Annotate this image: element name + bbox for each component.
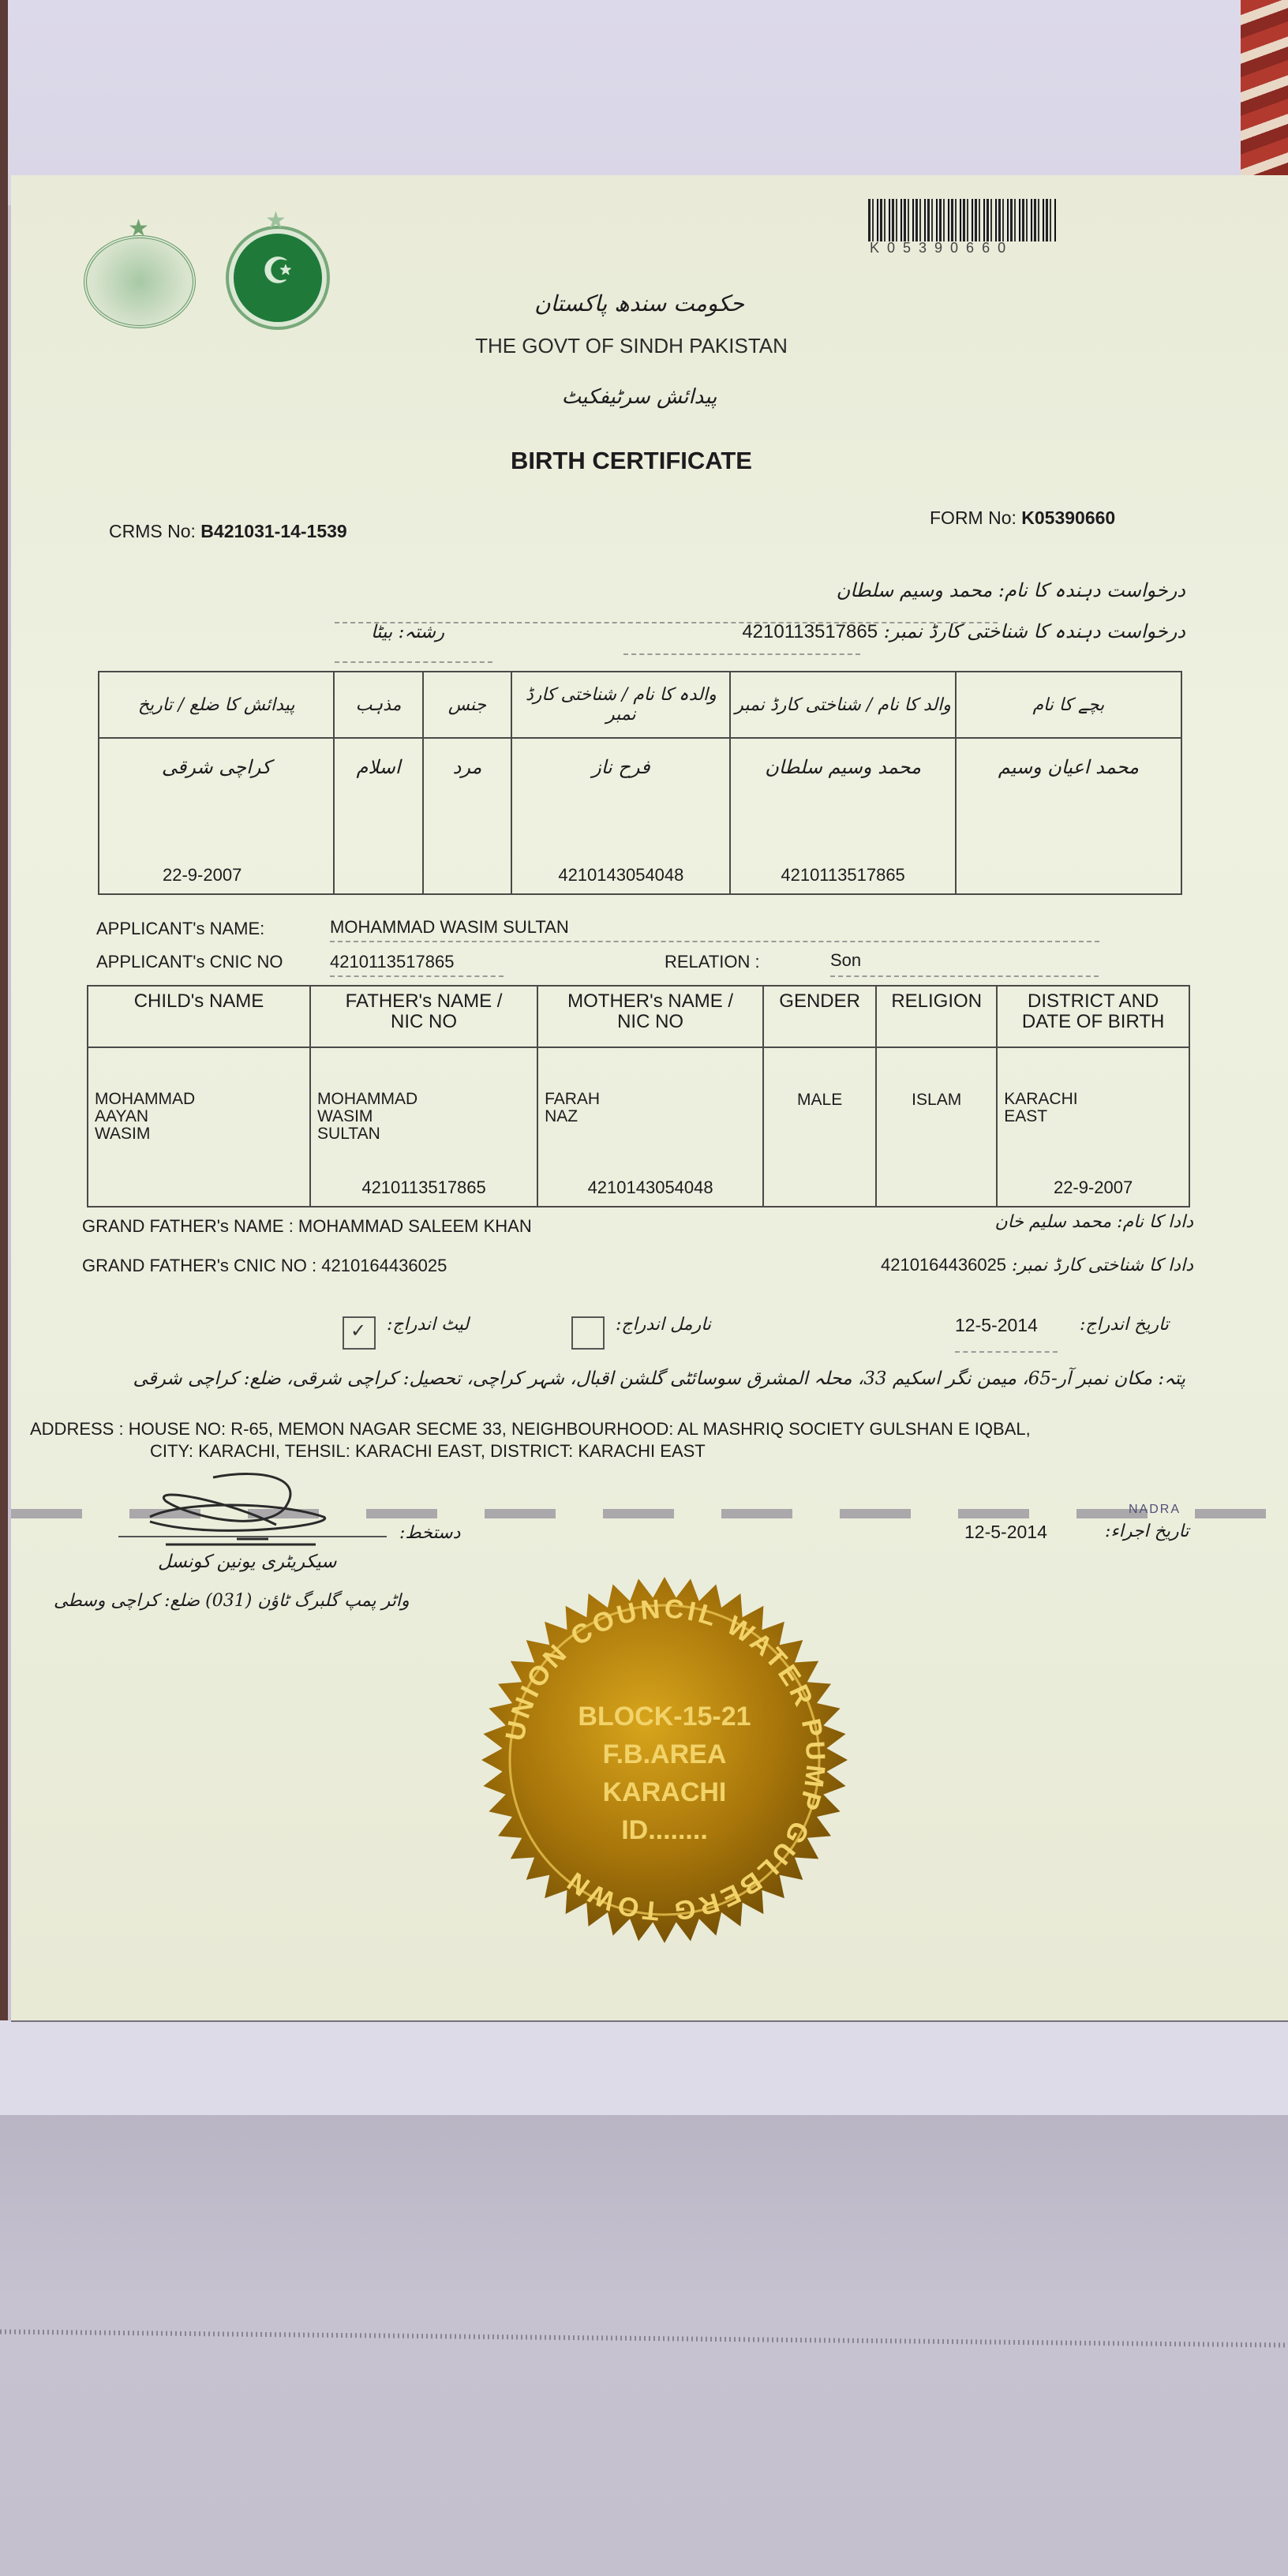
grandfather-name-urdu: دادا کا نام: محمد سلیم خان (994, 1212, 1193, 1232)
dotted-line (830, 975, 1099, 977)
form-value: K05390660 (1021, 507, 1115, 528)
issue-date-label: تاریخ اجراء: (1105, 1522, 1189, 1541)
mother-nic: 4210143054048 (512, 865, 729, 885)
header-mother: MOTHER's NAME /NIC NO (537, 986, 763, 1047)
crms-label: CRMS No: (109, 521, 196, 541)
late-registration-label: لیٹ اندراج: (387, 1315, 469, 1335)
father-name-value: MOHAMMAD WASIM SULTAN (317, 1091, 417, 1143)
cell-religion: ISLAM (876, 1047, 997, 1207)
svg-text:ID........: ID........ (621, 1815, 708, 1845)
checkmark-icon: ✓ (350, 1320, 366, 1342)
applicant-name-label: APPLICANT's NAME: (96, 919, 264, 939)
cell-father: MOHAMMAD WASIM SULTAN 4210113517865 (310, 1047, 537, 1207)
header-mother: والدہ کا نام / شناختی کارڈ نمبر (511, 672, 730, 738)
dotted-line (330, 941, 1099, 942)
dotted-line (623, 653, 860, 655)
header-child: بچے کا نام (956, 672, 1181, 738)
father-nic: 4210113517865 (731, 865, 954, 885)
header-district-date: پیدائش کا ضلع / تاریخ (99, 672, 334, 738)
crms-value: B421031-14-1539 (200, 521, 346, 541)
mother-nic-value: 4210143054048 (538, 1178, 762, 1198)
normal-registration-label: نارمل اندراج: (616, 1315, 711, 1335)
applicant-name-urdu-label: درخواست دہندہ کا نام: (998, 579, 1185, 601)
table-row: کراچی شرقی 22-9-2007 اسلام مرد فرح ناز 4… (99, 738, 1181, 894)
cell-district-dob: KARACHI EAST 22-9-2007 (997, 1047, 1189, 1207)
gender-value: MALE (764, 1091, 875, 1110)
certificate-title-urdu: پیدائش سرٹیفکیٹ (434, 385, 844, 409)
registration-date: 12-5-2014 (955, 1315, 1038, 1336)
cell-child: محمد اعیان وسیم (956, 738, 1181, 894)
child-name-urdu: محمد اعیان وسیم (957, 756, 1181, 778)
header-religion: مذہب (334, 672, 422, 738)
relation-urdu: رشتہ: بیٹا (371, 622, 444, 642)
gender-urdu: مرد (424, 756, 511, 778)
svg-text:BLOCK-15-21: BLOCK-15-21 (578, 1702, 751, 1732)
applicant-cnic-label: APPLICANT's CNIC NO (96, 952, 283, 972)
normal-registration-checkbox[interactable] (571, 1316, 605, 1350)
district-value: KARACHI EAST (1004, 1091, 1077, 1125)
cell-gender: MALE (763, 1047, 876, 1207)
union-council-office-urdu: واٹر پمپ گلبرگ ٹاؤن (031) ضلع: کراچی وسط… (54, 1591, 410, 1611)
cell-child-name: MOHAMMAD AAYAN WASIM (88, 1047, 310, 1207)
cell-religion: اسلام (334, 738, 422, 894)
govt-title-urdu: حکومت سندھ پاکستان (434, 290, 844, 316)
relation-label: RELATION : (665, 952, 760, 972)
child-name-value: MOHAMMAD AAYAN WASIM (95, 1091, 195, 1143)
applicant-cnic-urdu: درخواست دہندہ کا شناختی کارڈ نمبر: 42101… (742, 620, 1185, 643)
district-urdu: کراچی شرقی (99, 756, 333, 778)
background-bottom-cloth (0, 2115, 1288, 2576)
applicant-cnic-urdu-value: 4210113517865 (742, 621, 878, 642)
english-details-table: CHILD's NAME FATHER's NAME /NIC NO MOTHE… (87, 985, 1190, 1207)
svg-text:F.B.AREA: F.B.AREA (603, 1739, 727, 1769)
registration-date-label: تاریخ اندراج: (1080, 1315, 1169, 1335)
cell-district-date: کراچی شرقی 22-9-2007 (99, 738, 334, 894)
urdu-details-table: پیدائش کا ضلع / تاریخ مذہب جنس والدہ کا … (98, 671, 1182, 895)
issue-date: 12-5-2014 (964, 1522, 1047, 1543)
applicant-name-urdu-value: محمد وسیم سلطان (837, 579, 993, 601)
table-header-row: CHILD's NAME FATHER's NAME /NIC NO MOTHE… (88, 986, 1189, 1047)
late-registration-checkbox[interactable]: ✓ (343, 1316, 376, 1350)
barcode-number: K05390660 (870, 240, 1059, 256)
secretary-title-urdu: سیکریٹری یونین کونسل (158, 1552, 337, 1572)
dob-value: 22-9-2007 (998, 1178, 1189, 1198)
grandfather-name: GRAND FATHER's NAME : MOHAMMAD SALEEM KH… (82, 1216, 532, 1237)
table-header-row: پیدائش کا ضلع / تاریخ مذہب جنس والدہ کا … (99, 672, 1181, 738)
cell-mother: FARAH NAZ 4210143054048 (537, 1047, 763, 1207)
mother-name-urdu: فرح ناز (512, 756, 729, 778)
address-urdu: پتہ: مکان نمبر آر-65، میمن نگر اسکیم 33،… (133, 1368, 1185, 1389)
father-nic-value: 4210113517865 (311, 1178, 537, 1198)
form-number: FORM No: K05390660 (930, 507, 1115, 529)
header-gender: GENDER (763, 986, 876, 1047)
relation-value: Son (830, 950, 861, 971)
grandfather-cnic-urdu: دادا کا شناختی کارڈ نمبر: 4210164436025 (881, 1255, 1193, 1275)
applicant-name-value: MOHAMMAD WASIM SULTAN (330, 917, 569, 938)
table-row: MOHAMMAD AAYAN WASIM MOHAMMAD WASIM SULT… (88, 1047, 1189, 1207)
header-gender: جنس (423, 672, 511, 738)
grandfather-cnic-urdu-value: 4210164436025 (881, 1255, 1006, 1275)
background-top-sheet (0, 0, 1288, 205)
cell-gender: مرد (423, 738, 511, 894)
govt-title: THE GOVT OF SINDH PAKISTAN (355, 334, 908, 358)
form-label: FORM No: (930, 507, 1017, 528)
signature-label: دستخط: (399, 1523, 460, 1543)
father-name-urdu: محمد وسیم سلطان (731, 756, 954, 778)
crms-number: CRMS No: B421031-14-1539 (109, 521, 347, 542)
dotted-line (330, 975, 504, 977)
header-father: FATHER's NAME /NIC NO (310, 986, 537, 1047)
dob-value: 22-9-2007 (163, 865, 333, 885)
certificate-title: BIRTH CERTIFICATE (355, 447, 908, 475)
dotted-line (955, 1351, 1058, 1353)
relation-urdu-label: رشتہ: (399, 622, 445, 642)
cell-mother: فرح ناز 4210143054048 (511, 738, 730, 894)
mother-name-value: FARAH NAZ (545, 1091, 600, 1125)
nadra-strip-text: NADRA (1129, 1503, 1181, 1517)
header-child-name: CHILD's NAME (88, 986, 310, 1047)
religion-value: ISLAM (877, 1091, 996, 1110)
svg-text:KARACHI: KARACHI (603, 1777, 727, 1807)
applicant-name-urdu: درخواست دہندہ کا نام: محمد وسیم سلطان (837, 579, 1185, 601)
cell-father: محمد وسیم سلطان 4210113517865 (730, 738, 955, 894)
signature-icon (118, 1470, 355, 1556)
header-father: والد کا نام / شناختی کارڈ نمبر (730, 672, 955, 738)
grandfather-cnic-urdu-label: دادا کا شناختی کارڈ نمبر: (1012, 1256, 1193, 1275)
barcode (868, 199, 1056, 241)
applicant-cnic-value: 4210113517865 (330, 952, 454, 972)
pakistan-emblem-icon: ★☪ (229, 229, 327, 327)
religion-urdu: اسلام (335, 756, 421, 778)
dotted-line (335, 661, 492, 663)
relation-urdu-value: بیٹا (371, 622, 392, 642)
header-district-dob: DISTRICT ANDDATE OF BIRTH (997, 986, 1189, 1047)
header-religion: RELIGION (876, 986, 997, 1047)
gold-seal-icon: UNION COUNCIL WATER PUMP GULBERG TOWN BL… (480, 1575, 849, 1945)
applicant-cnic-urdu-label: درخواست دہندہ کا شناختی کارڈ نمبر: (884, 620, 1185, 642)
address-line-1: ADDRESS : HOUSE NO: R-65, MEMON NAGAR SE… (30, 1419, 1031, 1440)
sindh-emblem-icon: ★ (84, 235, 196, 328)
background-bottom-sheet (0, 2020, 1288, 2123)
signature-line (118, 1536, 387, 1537)
grandfather-cnic: GRAND FATHER's CNIC NO : 4210164436025 (82, 1256, 447, 1276)
address-line-2: CITY: KARACHI, TEHSIL: KARACHI EAST, DIS… (150, 1441, 706, 1462)
